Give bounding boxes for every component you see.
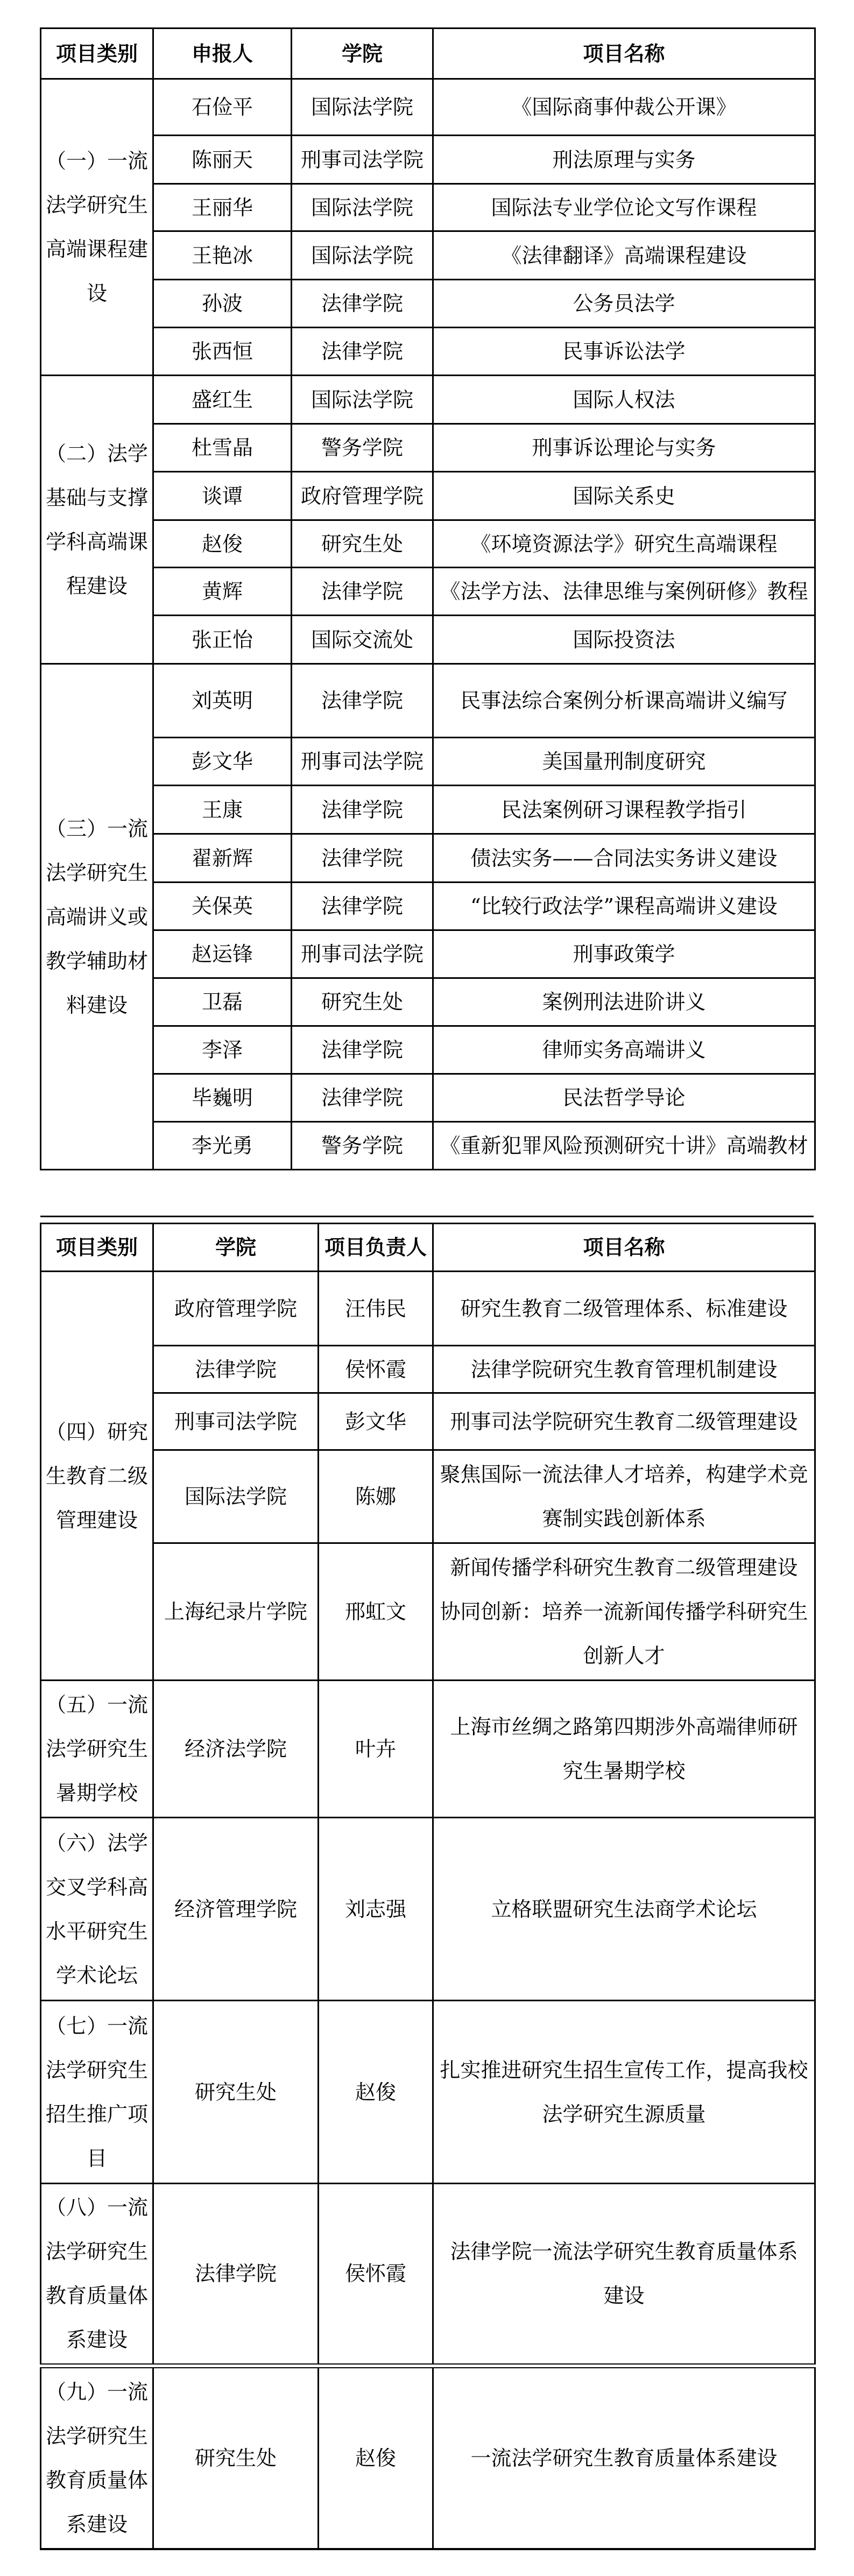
- category-cell: （三）一流 法学研究生 高端讲义或 教学辅助材 料建设: [41, 664, 153, 1170]
- project-cell: 一流法学研究生教育质量体系建设: [433, 2368, 815, 2549]
- college-cell: 国际交流处: [292, 616, 433, 664]
- college-cell: 研究生处: [292, 978, 433, 1026]
- college-cell: 法律学院: [292, 568, 433, 616]
- project-cell: 国际关系史: [433, 472, 815, 520]
- table-row: 上海纪录片学院 邢虹文 新闻传播学科研究生教育二级管理建设 协同创新：培养一流新…: [41, 1543, 815, 1681]
- header-applicant: 申报人: [153, 29, 292, 79]
- table-row: 黄辉 法律学院 《法学方法、法律思维与案例研修》教程: [41, 568, 815, 616]
- leader-cell: 陈娜: [319, 1450, 433, 1543]
- project-cell: 上海市丝绸之路第四期涉外高端律师研 究生暑期学校: [433, 1681, 815, 1818]
- project-cell: 《重新犯罪风险预测研究十讲》高端教材: [433, 1122, 815, 1170]
- project-cell: 聚焦国际一流法律人才培养，构建学术竞 赛制实践创新体系: [433, 1450, 815, 1543]
- header-college: 学院: [292, 29, 433, 79]
- project-cell: 民事法综合案例分析课高端讲义编写: [433, 664, 815, 738]
- applicant-cell: 盛红生: [153, 376, 292, 424]
- project-cell: 律师实务高端讲义: [433, 1026, 815, 1074]
- project-cell: 《环境资源法学》研究生高端课程: [433, 520, 815, 568]
- college-cell: 国际法学院: [153, 1450, 319, 1543]
- project-cell: 新闻传播学科研究生教育二级管理建设 协同创新：培养一流新闻传播学科研究生 创新人…: [433, 1543, 815, 1681]
- table-row: （四）研究 生教育二级 管理建设 政府管理学院 汪伟民 研究生教育二级管理体系、…: [41, 1272, 815, 1346]
- table-row: 卫磊 研究生处 案例刑法进阶讲义: [41, 978, 815, 1026]
- leader-cell: 彭文华: [319, 1393, 433, 1450]
- table-row: 杜雪晶 警务学院 刑事诉讼理论与实务: [41, 424, 815, 472]
- college-cell: 经济法学院: [153, 1681, 319, 1818]
- college-cell: 法律学院: [292, 786, 433, 834]
- document-page: 项目类别 申报人 学院 项目名称 （一）一流 法学研究生 高端课程建 设 石俭平…: [0, 0, 854, 2576]
- leader-cell: 侯怀霞: [319, 2184, 433, 2364]
- project-cell: 《法学方法、法律思维与案例研修》教程: [433, 568, 815, 616]
- college-cell: 法律学院: [153, 1346, 319, 1393]
- table-row: （六）法学 交叉学科高 水平研究生 学术论坛 经济管理学院 刘志强 立格联盟研究…: [41, 1818, 815, 2001]
- leader-cell: 赵俊: [319, 2368, 433, 2549]
- applicant-cell: 张正怡: [153, 616, 292, 664]
- college-cell: 国际法学院: [292, 231, 433, 280]
- table-row: 陈丽天 刑事司法学院 刑法原理与实务: [41, 136, 815, 184]
- college-cell: 国际法学院: [292, 79, 433, 136]
- applicant-cell: 毕巍明: [153, 1074, 292, 1122]
- table-row: 法律学院 侯怀霞 法律学院研究生教育管理机制建设: [41, 1346, 815, 1393]
- college-cell: 法律学院: [292, 883, 433, 930]
- project-table-colleges: 项目类别 学院 项目负责人 项目名称 （四）研究 生教育二级 管理建设 政府管理…: [40, 1223, 816, 2365]
- applicant-cell: 赵俊: [153, 520, 292, 568]
- project-cell: 刑事司法学院研究生教育二级管理建设: [433, 1393, 815, 1450]
- table-row: 翟新辉 法律学院 债法实务——合同法实务讲义建设: [41, 834, 815, 883]
- table-row: 国际法学院 陈娜 聚焦国际一流法律人才培养，构建学术竞 赛制实践创新体系: [41, 1450, 815, 1543]
- project-cell: 研究生教育二级管理体系、标准建设: [433, 1272, 815, 1346]
- applicant-cell: 赵运锋: [153, 930, 292, 978]
- project-table-continuation: （九）一流 法学研究生 教育质量体 系建设 研究生处 赵俊 一流法学研究生教育质…: [40, 2367, 816, 2550]
- applicant-cell: 翟新辉: [153, 834, 292, 883]
- college-cell: 刑事司法学院: [153, 1393, 319, 1450]
- table-row: 张正怡 国际交流处 国际投资法: [41, 616, 815, 664]
- college-cell: 法律学院: [292, 328, 433, 376]
- college-cell: 法律学院: [153, 2184, 319, 2364]
- category-cell: （八）一流 法学研究生 教育质量体 系建设: [41, 2184, 153, 2364]
- header-project: 项目名称: [433, 29, 815, 79]
- applicant-cell: 石俭平: [153, 79, 292, 136]
- college-cell: 法律学院: [292, 280, 433, 328]
- table-row: 王丽华 国际法学院 国际法专业学位论文写作课程: [41, 184, 815, 231]
- applicant-cell: 关保英: [153, 883, 292, 930]
- table-row: （九）一流 法学研究生 教育质量体 系建设 研究生处 赵俊 一流法学研究生教育质…: [41, 2368, 815, 2549]
- applicant-cell: 刘英明: [153, 664, 292, 738]
- college-cell: 法律学院: [292, 834, 433, 883]
- table-row: 张西恒 法律学院 民事诉讼法学: [41, 328, 815, 376]
- project-cell: 《法律翻译》高端课程建设: [433, 231, 815, 280]
- college-cell: 研究生处: [153, 2001, 319, 2184]
- leader-cell: 叶卉: [319, 1681, 433, 1818]
- category-cell: （五）一流 法学研究生 暑期学校: [41, 1681, 153, 1818]
- leader-cell: 侯怀霞: [319, 1346, 433, 1393]
- project-cell: 民法哲学导论: [433, 1074, 815, 1122]
- applicant-cell: 王丽华: [153, 184, 292, 231]
- applicant-cell: 陈丽天: [153, 136, 292, 184]
- applicant-cell: 杜雪晶: [153, 424, 292, 472]
- college-cell: 经济管理学院: [153, 1818, 319, 2001]
- college-cell: 研究生处: [292, 520, 433, 568]
- table-row: （五）一流 法学研究生 暑期学校 经济法学院 叶卉 上海市丝绸之路第四期涉外高端…: [41, 1681, 815, 1818]
- project-cell: 国际法专业学位论文写作课程: [433, 184, 815, 231]
- leader-cell: 赵俊: [319, 2001, 433, 2184]
- category-cell: （七）一流 法学研究生 招生推广项 目: [41, 2001, 153, 2184]
- table-row: 孙波 法律学院 公务员法学: [41, 280, 815, 328]
- header-project: 项目名称: [433, 1224, 815, 1272]
- college-cell: 警务学院: [292, 424, 433, 472]
- table-row: （三）一流 法学研究生 高端讲义或 教学辅助材 料建设 刘英明 法律学院 民事法…: [41, 664, 815, 738]
- project-cell: 国际投资法: [433, 616, 815, 664]
- header-college: 学院: [153, 1224, 319, 1272]
- table-row: （七）一流 法学研究生 招生推广项 目 研究生处 赵俊 扎实推进研究生招生宣传工…: [41, 2001, 815, 2184]
- applicant-cell: 王康: [153, 786, 292, 834]
- applicant-cell: 王艳冰: [153, 231, 292, 280]
- category-cell: （六）法学 交叉学科高 水平研究生 学术论坛: [41, 1818, 153, 2001]
- project-cell: 法律学院研究生教育管理机制建设: [433, 1346, 815, 1393]
- header-leader: 项目负责人: [319, 1224, 433, 1272]
- category-cell: （四）研究 生教育二级 管理建设: [41, 1272, 153, 1681]
- category-cell: （二）法学 基础与支撑 学科高端课 程建设: [41, 376, 153, 664]
- project-cell: 刑事政策学: [433, 930, 815, 978]
- table-row: （二）法学 基础与支撑 学科高端课 程建设 盛红生 国际法学院 国际人权法: [41, 376, 815, 424]
- college-cell: 法律学院: [292, 664, 433, 738]
- college-cell: 国际法学院: [292, 184, 433, 231]
- project-cell: 刑法原理与实务: [433, 136, 815, 184]
- project-cell: “比较行政法学”课程高端讲义建设: [433, 883, 815, 930]
- project-cell: 债法实务——合同法实务讲义建设: [433, 834, 815, 883]
- college-cell: 政府管理学院: [292, 472, 433, 520]
- leader-cell: 汪伟民: [319, 1272, 433, 1346]
- applicant-cell: 李泽: [153, 1026, 292, 1074]
- table-row: （一）一流 法学研究生 高端课程建 设 石俭平 国际法学院 《国际商事仲裁公开课…: [41, 79, 815, 136]
- applicant-cell: 张西恒: [153, 328, 292, 376]
- applicant-cell: 谈谭: [153, 472, 292, 520]
- college-cell: 法律学院: [292, 1026, 433, 1074]
- college-cell: 警务学院: [292, 1122, 433, 1170]
- applicant-cell: 彭文华: [153, 738, 292, 786]
- table-row: 李泽 法律学院 律师实务高端讲义: [41, 1026, 815, 1074]
- project-cell: 公务员法学: [433, 280, 815, 328]
- applicant-cell: 李光勇: [153, 1122, 292, 1170]
- project-cell: 案例刑法进阶讲义: [433, 978, 815, 1026]
- college-cell: 刑事司法学院: [292, 738, 433, 786]
- table-row: 彭文华 刑事司法学院 美国量刑制度研究: [41, 738, 815, 786]
- college-cell: 刑事司法学院: [292, 930, 433, 978]
- table-row: 关保英 法律学院 “比较行政法学”课程高端讲义建设: [41, 883, 815, 930]
- project-cell: 法律学院一流法学研究生教育质量体系 建设: [433, 2184, 815, 2364]
- college-cell: 政府管理学院: [153, 1272, 319, 1346]
- project-cell: 美国量刑制度研究: [433, 738, 815, 786]
- table-row: 毕巍明 法律学院 民法哲学导论: [41, 1074, 815, 1122]
- table-row: 赵俊 研究生处 《环境资源法学》研究生高端课程: [41, 520, 815, 568]
- table-row: 王康 法律学院 民法案例研习课程教学指引: [41, 786, 815, 834]
- college-cell: 国际法学院: [292, 376, 433, 424]
- header-category: 项目类别: [41, 29, 153, 79]
- category-cell: （九）一流 法学研究生 教育质量体 系建设: [41, 2368, 153, 2549]
- project-cell: 刑事诉讼理论与实务: [433, 424, 815, 472]
- table-row: 李光勇 警务学院 《重新犯罪风险预测研究十讲》高端教材: [41, 1122, 815, 1170]
- college-cell: 法律学院: [292, 1074, 433, 1122]
- table-row: 王艳冰 国际法学院 《法律翻译》高端课程建设: [41, 231, 815, 280]
- project-cell: 民法案例研习课程教学指引: [433, 786, 815, 834]
- header-row: 项目类别 学院 项目负责人 项目名称: [41, 1224, 815, 1272]
- leader-cell: 邢虹文: [319, 1543, 433, 1681]
- category-cell: （一）一流 法学研究生 高端课程建 设: [41, 79, 153, 376]
- project-cell: 《国际商事仲裁公开课》: [433, 79, 815, 136]
- header-category: 项目类别: [41, 1224, 153, 1272]
- project-cell: 民事诉讼法学: [433, 328, 815, 376]
- table-row: 刑事司法学院 彭文华 刑事司法学院研究生教育二级管理建设: [41, 1393, 815, 1450]
- table-row: （八）一流 法学研究生 教育质量体 系建设 法律学院 侯怀霞 法律学院一流法学研…: [41, 2184, 815, 2364]
- table-row: 谈谭 政府管理学院 国际关系史: [41, 472, 815, 520]
- table-row: 赵运锋 刑事司法学院 刑事政策学: [41, 930, 815, 978]
- applicant-cell: 孙波: [153, 280, 292, 328]
- college-cell: 刑事司法学院: [292, 136, 433, 184]
- header-row: 项目类别 申报人 学院 项目名称: [41, 29, 815, 79]
- applicant-cell: 卫磊: [153, 978, 292, 1026]
- leader-cell: 刘志强: [319, 1818, 433, 2001]
- project-table-applicants: 项目类别 申报人 学院 项目名称 （一）一流 法学研究生 高端课程建 设 石俭平…: [40, 27, 816, 1170]
- college-cell: 上海纪录片学院: [153, 1543, 319, 1681]
- college-cell: 研究生处: [153, 2368, 319, 2549]
- applicant-cell: 黄辉: [153, 568, 292, 616]
- project-cell: 立格联盟研究生法商学术论坛: [433, 1818, 815, 2001]
- separator-line: [40, 1216, 814, 1217]
- project-cell: 国际人权法: [433, 376, 815, 424]
- project-cell: 扎实推进研究生招生宣传工作，提高我校 法学研究生源质量: [433, 2001, 815, 2184]
